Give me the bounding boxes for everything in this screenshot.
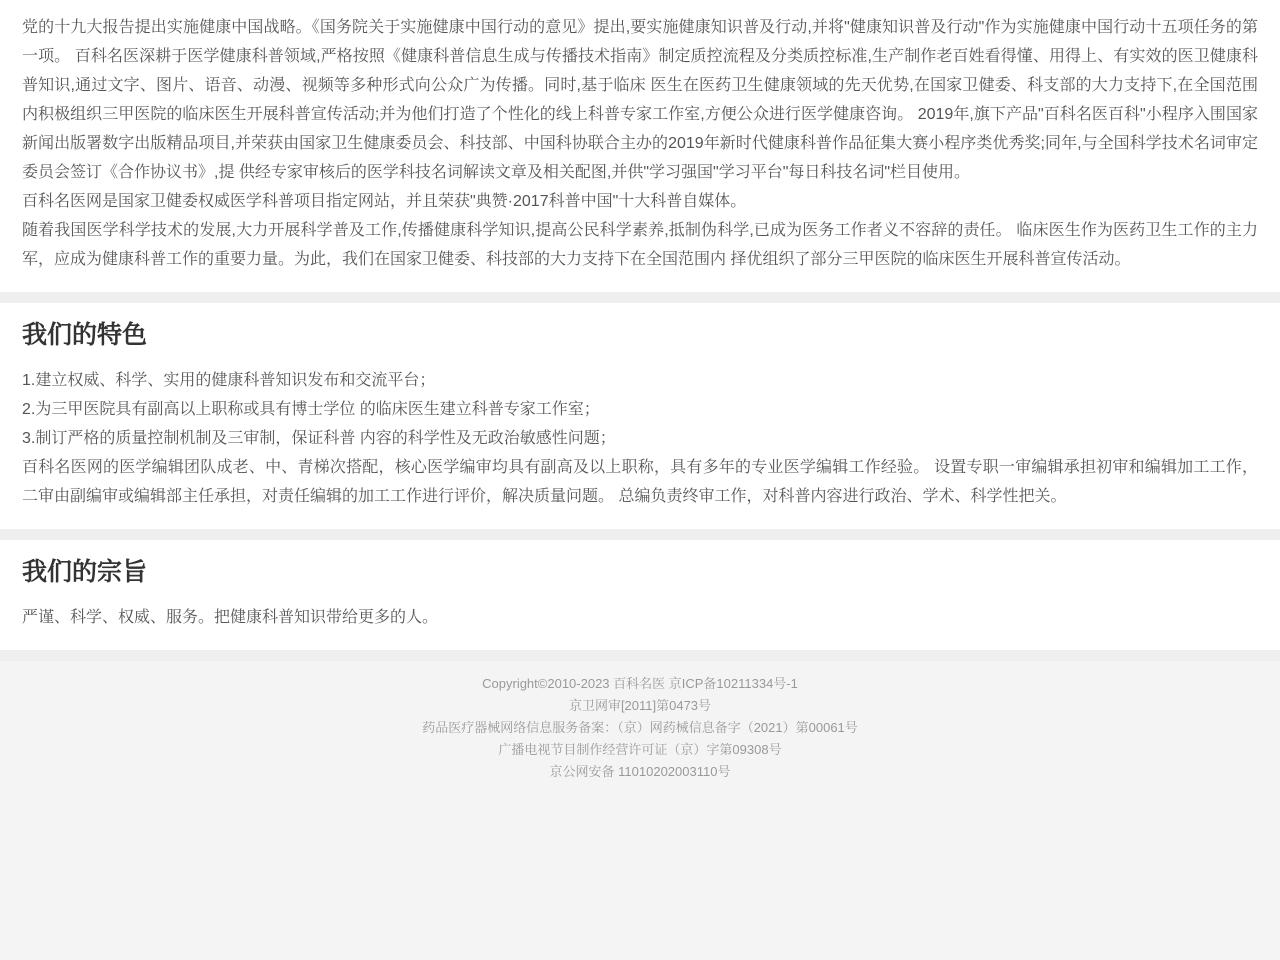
purpose-title: 我们的宗旨 [22,556,1258,589]
footer-medical-device-filing-line: 药品医疗器械网络信息服务备案：（京）网药械信息备字（2021）第00061号 [20,717,1260,739]
footer-public-security-filing-line: 京公网安备 11010202003110号 [20,761,1260,783]
page-footer: Copyright©2010-2023 百科名医 京ICP备10211334号-… [0,661,1280,960]
features-description: 百科名医网的医学编辑团队成老、中、青梯次搭配，核心医学编审均具有副高及以上职称，… [22,453,1258,511]
intro-paragraph-awards: 百科名医网是国家卫健委权威医学科普项目指定网站，并且荣获"典赞·2017科普中国… [22,187,1258,216]
features-list: 1.建立权威、科学、实用的健康科普知识发布和交流平台； 2.为三甲医院具有副高以… [22,366,1258,511]
feature-item: 2.为三甲医院具有副高以上职称或具有博士学位 的临床医生建立科普专家工作室； [22,395,1258,424]
intro-paragraph-mission: 随着我国医学科学技术的发展,大力开展科学普及工作,传播健康科学知识,提高公民科学… [22,216,1258,274]
purpose-text: 严谨、科学、权威、服务。把健康科普知识带给更多的人。 [22,603,1258,632]
feature-item: 1.建立权威、科学、实用的健康科普知识发布和交流平台； [22,366,1258,395]
footer-broadcast-license-line: 广播电视节目制作经营许可证（京）字第09308号 [20,739,1260,761]
intro-paragraph-history: 党的十九大报告提出实施健康中国战略。《国务院关于实施健康中国行动的意见》提出,要… [22,13,1258,187]
feature-item: 3.制订严格的质量控制机制及三审制，保证科普 内容的科学性及无政治敏感性问题； [22,424,1258,453]
features-section: 我们的特色 1.建立权威、科学、实用的健康科普知识发布和交流平台； 2.为三甲医… [0,303,1280,529]
footer-health-review-line: 京卫网审[2011]第0473号 [20,695,1260,717]
intro-section: 党的十九大报告提出实施健康中国战略。《国务院关于实施健康中国行动的意见》提出,要… [0,0,1280,292]
features-title: 我们的特色 [22,319,1258,352]
footer-copyright-line: Copyright©2010-2023 百科名医 京ICP备10211334号-… [20,673,1260,695]
purpose-section: 我们的宗旨 严谨、科学、权威、服务。把健康科普知识带给更多的人。 [0,540,1280,650]
